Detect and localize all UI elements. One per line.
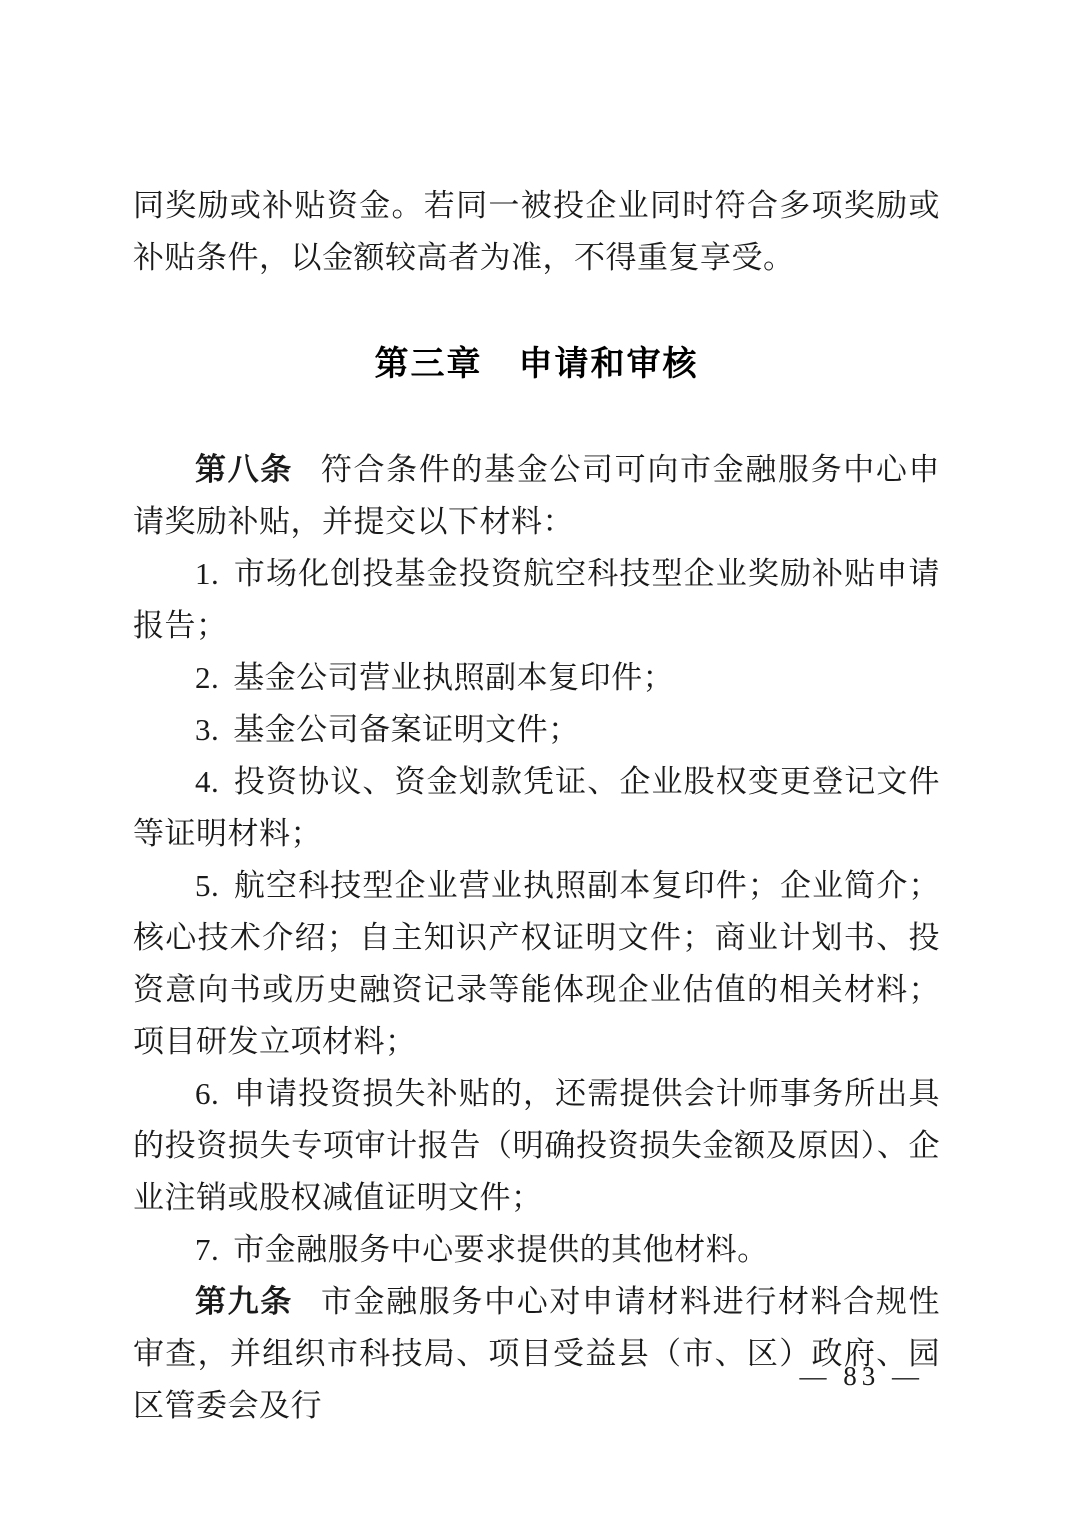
item-number: 3.	[195, 712, 219, 747]
page-number: — 83 —	[800, 1356, 925, 1396]
article-8-paragraph: 第八条符合条件的基金公司可向市金融服务中心申请奖励补贴，并提交以下材料：	[133, 444, 940, 548]
item-text: 基金公司备案证明文件；	[233, 712, 580, 747]
item-text: 申请投资损失补贴的，还需提供会计师事务所出具的投资损失专项审计报告（明确投资损失…	[133, 1076, 940, 1215]
item-number: 7.	[195, 1232, 219, 1267]
intro-paragraph: 同奖励或补贴资金。若同一被投企业同时符合多项奖励或补贴条件，以金额较高者为准，不…	[133, 180, 940, 284]
list-item-7: 7.市金融服务中心要求提供的其他材料。	[133, 1224, 940, 1276]
chapter-heading: 第三章 申请和审核	[133, 338, 940, 390]
article-9-paragraph: 第九条市金融服务中心对申请材料进行材料合规性审查，并组织市科技局、项目受益县（市…	[133, 1276, 940, 1432]
item-number: 5.	[195, 868, 219, 903]
item-text: 航空科技型企业营业执照副本复印件；企业简介；核心技术介绍；自主知识产权证明文件；…	[133, 868, 940, 1059]
item-text: 投资协议、资金划款凭证、企业股权变更登记文件等证明材料；	[133, 764, 940, 851]
article-8-label: 第八条	[195, 452, 293, 487]
list-item-6: 6.申请投资损失补贴的，还需提供会计师事务所出具的投资损失专项审计报告（明确投资…	[133, 1068, 940, 1224]
list-item-5: 5.航空科技型企业营业执照副本复印件；企业简介；核心技术介绍；自主知识产权证明文…	[133, 860, 940, 1068]
item-number: 6.	[195, 1076, 219, 1111]
item-text: 基金公司营业执照副本复印件；	[233, 660, 674, 695]
item-number: 1.	[195, 556, 219, 591]
item-number: 4.	[195, 764, 219, 799]
list-item-1: 1.市场化创投基金投资航空科技型企业奖励补贴申请报告；	[133, 548, 940, 652]
item-text: 市场化创投基金投资航空科技型企业奖励补贴申请报告；	[133, 556, 940, 643]
article-9-label: 第九条	[195, 1284, 293, 1319]
document-page: 同奖励或补贴资金。若同一被投企业同时符合多项奖励或补贴条件，以金额较高者为准，不…	[0, 0, 1074, 1520]
list-item-3: 3.基金公司备案证明文件；	[133, 704, 940, 756]
list-item-4: 4.投资协议、资金划款凭证、企业股权变更登记文件等证明材料；	[133, 756, 940, 860]
item-number: 2.	[195, 660, 219, 695]
document-content: 同奖励或补贴资金。若同一被投企业同时符合多项奖励或补贴条件，以金额较高者为准，不…	[133, 180, 940, 1432]
list-item-2: 2.基金公司营业执照副本复印件；	[133, 652, 940, 704]
item-text: 市金融服务中心要求提供的其他材料。	[233, 1232, 769, 1267]
